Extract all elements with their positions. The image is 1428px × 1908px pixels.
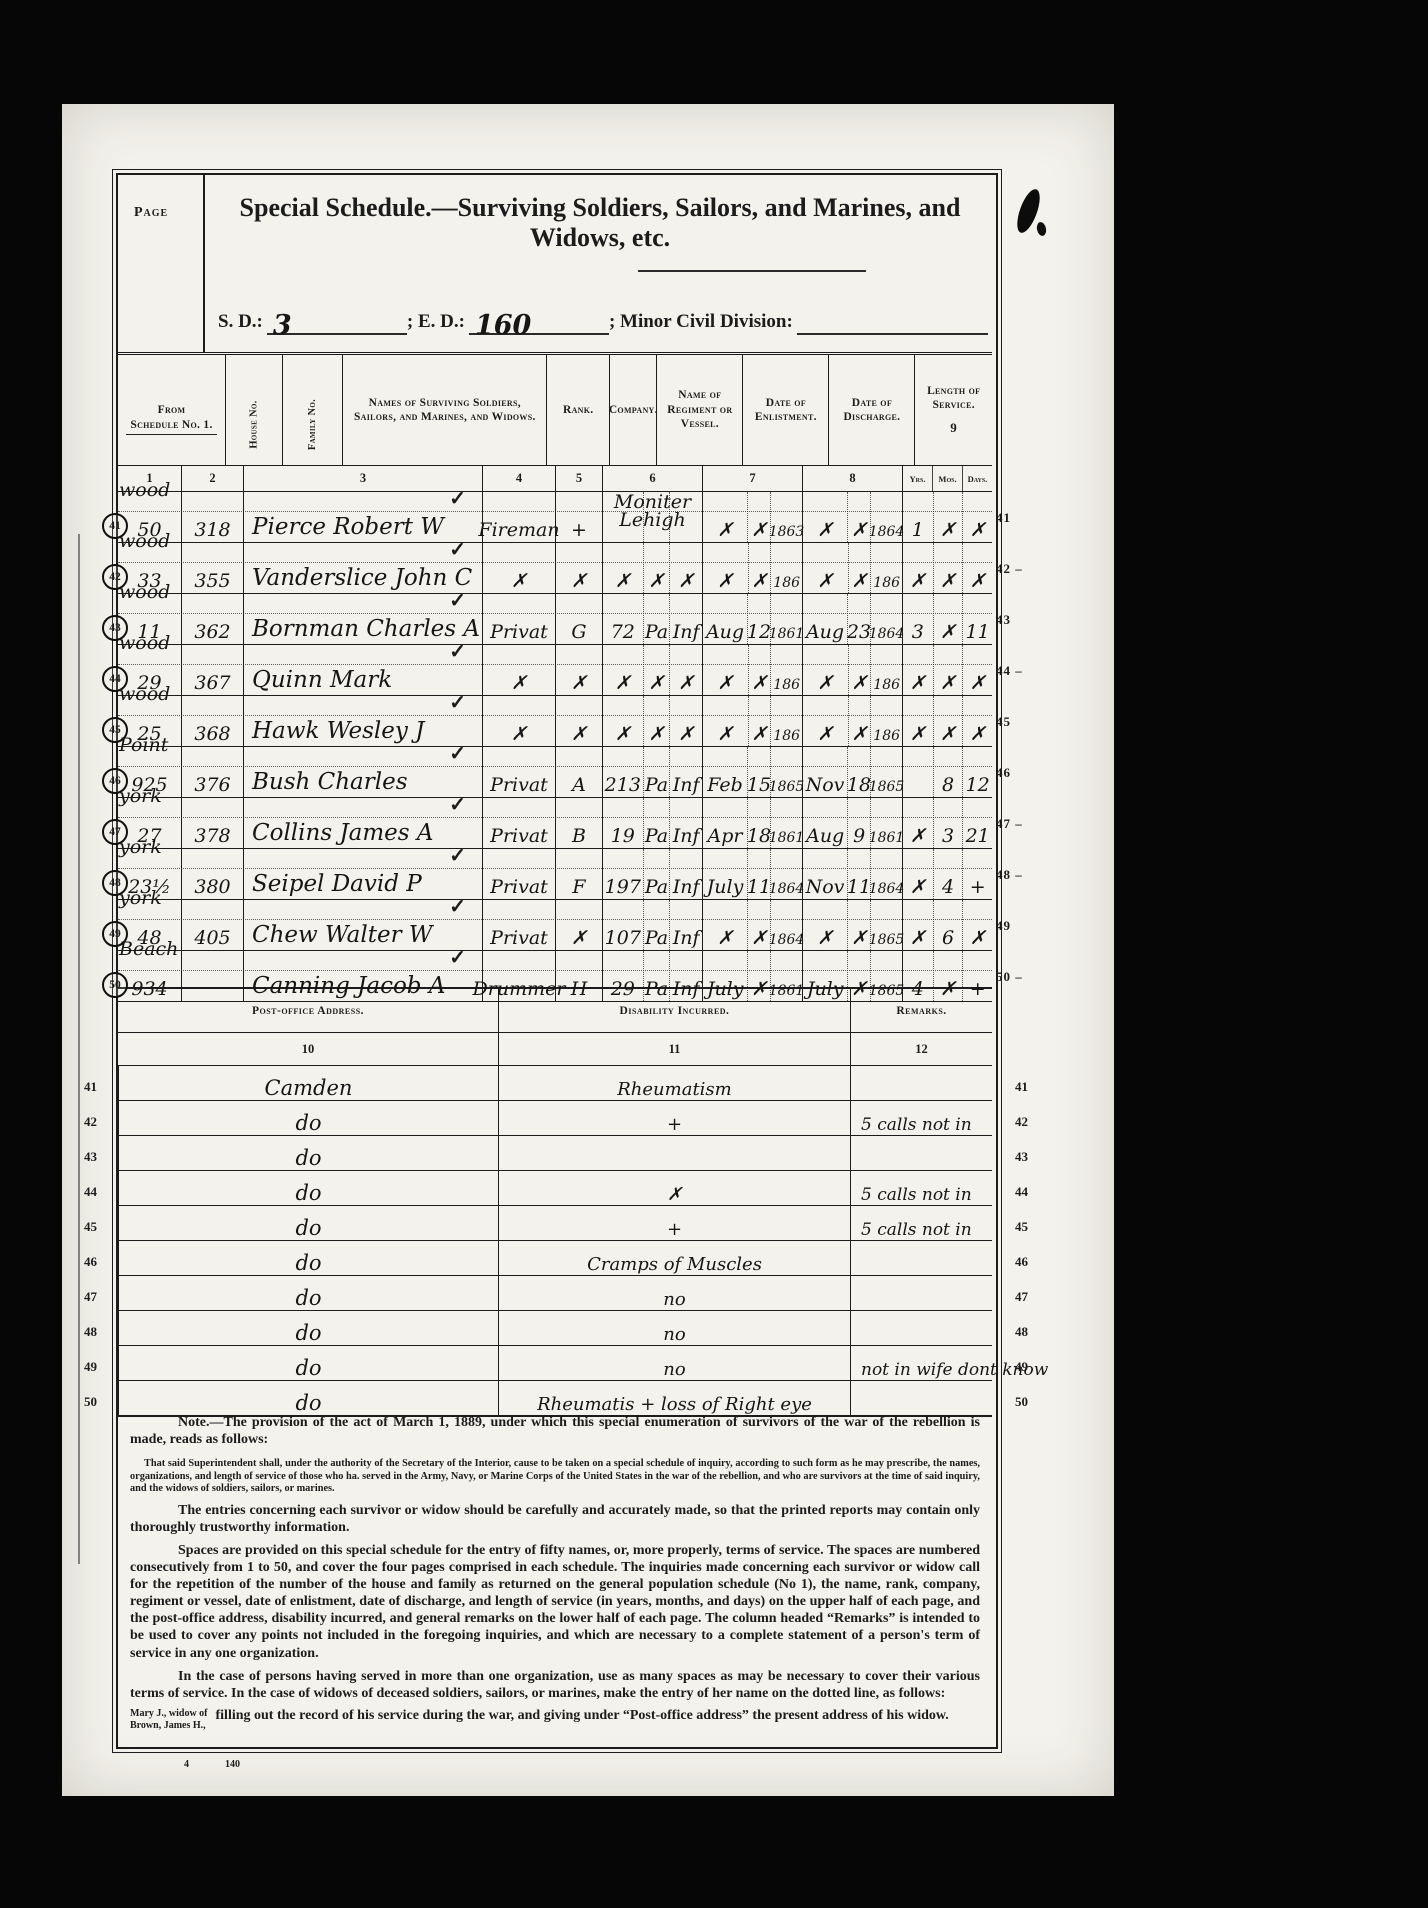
service-years: ✗ (910, 929, 926, 947)
lower-table-row: 49 do no not in wife dont know 49 (118, 1346, 992, 1381)
family-number-cell: 405 (181, 900, 243, 950)
enlistment-date-cell: Apr 18 1861 (702, 798, 802, 848)
family-number: 405 (194, 929, 230, 947)
discharge-day: ✗ (851, 674, 867, 692)
discharge-year: 1865 (869, 934, 905, 947)
service-months: 8 (942, 776, 954, 794)
row-number-right: 43 (1015, 1149, 1028, 1165)
disability-cell: + (498, 1101, 850, 1135)
name-cell: Vanderslice John C ✓ (243, 543, 482, 593)
service-length-cell: ✗ 4 + (902, 849, 992, 899)
col-number-3: 3 (243, 466, 482, 491)
page-title: Special Schedule.—Surviving Soldiers, Sa… (210, 193, 990, 253)
discharge-year: 1864 (869, 628, 905, 641)
row-number-right: 44 (1015, 1184, 1028, 1200)
row-number-right: 49 (1015, 1359, 1028, 1375)
discharge-date-cell: July ✗ 1865 (802, 951, 902, 1001)
schedule-form: Page Special Schedule.—Surviving Soldier… (116, 173, 998, 1749)
rank-value: Privat (490, 878, 548, 896)
discharge-date-cell: Nov 11 1864 (802, 849, 902, 899)
name-cell: Bush Charles ✓ (243, 747, 482, 797)
regiment-number: 107 (605, 929, 641, 947)
regiment-branch: Inf (673, 623, 700, 641)
veteran-name: Collins James A (252, 823, 434, 845)
family-number-cell: 318 (181, 492, 243, 542)
col-header-discharge: Date of Discharge. (828, 355, 914, 465)
footer-mark-left: 4 (184, 1759, 189, 1770)
example-line-2: Brown, James H., (130, 1720, 206, 1731)
enlistment-date-cell: ✗ ✗ 1863 (702, 492, 802, 542)
enlistment-year: 186 (773, 577, 800, 590)
row-number-circled: 46 (102, 768, 128, 794)
sd-value-slot: 3 (267, 309, 407, 335)
discharge-year: 1865 (869, 781, 905, 794)
address-cell: do (118, 1206, 498, 1240)
disability-cell: no (498, 1276, 850, 1310)
rank-cell: ✗ (482, 696, 555, 746)
address-value: do (295, 1114, 321, 1133)
row-number-right: 45 (1015, 1219, 1028, 1235)
row-number-circled: 48 (102, 870, 128, 896)
col-header-rank: Rank. (546, 355, 609, 465)
address-value: do (295, 1149, 321, 1168)
enlistment-date-cell: Feb 15 1865 (702, 747, 802, 797)
veteran-rows: wood 41 50 318 Pierce Robert W ✓ Fireman… (118, 492, 992, 1002)
address-value: do (295, 1254, 321, 1273)
regiment-state: Pa (645, 980, 668, 998)
rank-cell: Privat (482, 900, 555, 950)
rank-cell: Fireman (482, 492, 555, 542)
enlistment-date-cell: July 11 1864 (702, 849, 802, 899)
rank-cell: ✗ (482, 645, 555, 695)
family-number: 376 (194, 776, 230, 794)
service-length-cell: 4 ✗ + (902, 951, 992, 1001)
enlistment-year: 1865 (769, 781, 805, 794)
service-years: 4 (912, 980, 924, 998)
regiment-cell: 197 Pa Inf (602, 849, 702, 899)
regiment-cell: ✗ ✗ ✗ (602, 543, 702, 593)
rank-value: Privat (490, 929, 548, 947)
address-value: do (295, 1219, 321, 1238)
rank-cell: Privat (482, 594, 555, 644)
ink-blot-small (1036, 221, 1048, 237)
lower-table-row: 41 Camden Rheumatism 41 (118, 1066, 992, 1101)
discharge-day: 11 (847, 878, 871, 896)
discharge-date-cell: ✗ ✗ 1865 (802, 900, 902, 950)
address-value: Camden (265, 1079, 353, 1098)
service-years: 3 (912, 623, 924, 641)
street-annotation: wood (119, 634, 170, 652)
note-paragraph-1: Note.—The provision of the act of March … (130, 1414, 980, 1448)
discharge-year: 1861 (869, 832, 905, 845)
regiment-number: 19 (611, 827, 635, 845)
disability-value: no (663, 1292, 685, 1308)
discharge-date-cell: ✗ ✗ 186 (802, 645, 902, 695)
lower-table-row: 43 do 43 (118, 1136, 992, 1171)
company-value: ✗ (571, 674, 587, 692)
ed-value: 160 (475, 314, 531, 338)
regiment-branch: ✗ (678, 674, 694, 692)
regiment-number: 213 (605, 776, 641, 794)
check-mark: ✓ (449, 537, 466, 562)
district-line: S. D.: 3 ; E. D.: 160 ; Minor Civil Divi… (218, 283, 988, 335)
family-number-cell: 368 (181, 696, 243, 746)
row-number-circled: 42 (102, 564, 128, 590)
company-cell: A (555, 747, 602, 797)
name-cell: Seipel David P ✓ (243, 849, 482, 899)
regiment-state: ✗ (649, 725, 665, 743)
remarks-value: 5 calls not in (861, 1188, 972, 1203)
enlistment-month: ✗ (717, 674, 733, 692)
discharge-day: ✗ (851, 929, 867, 947)
family-number: 380 (194, 878, 230, 896)
disability-value: Rheumatism (617, 1082, 732, 1098)
row-number-right: 45 (996, 714, 1032, 730)
instructions-note: Note.—The provision of the act of March … (118, 1402, 992, 1747)
discharge-year: 1864 (869, 526, 905, 539)
service-days: 12 (966, 776, 990, 794)
service-days: ✗ (970, 521, 986, 539)
lower-table-row: 48 do no 48 (118, 1311, 992, 1346)
rank-cell: Privat (482, 747, 555, 797)
check-mark: ✓ (449, 741, 466, 766)
example-line-1: Mary J., widow of (130, 1708, 208, 1719)
company-value: H (571, 980, 588, 998)
remarks-cell: not in wife dont know (850, 1346, 992, 1380)
row-number-left: 45 (84, 1219, 97, 1235)
family-number: 362 (194, 623, 230, 641)
mcd-label: ; Minor Civil Division: (609, 311, 797, 335)
row-number-right: 47 – (996, 816, 1032, 832)
regiment-branch: Inf (673, 929, 700, 947)
enlistment-month: Feb (707, 776, 743, 794)
row-number-right: 41 (1015, 1079, 1028, 1095)
check-mark: ✓ (449, 690, 466, 715)
street-annotation: york (119, 889, 162, 907)
row-number-right: 41 (996, 510, 1032, 526)
col-header-family: Family No. (282, 355, 342, 465)
discharge-year: 1864 (869, 883, 905, 896)
film-edge-artifact (78, 534, 80, 1564)
days-header: Days. (962, 466, 992, 491)
table-header-row: From Schedule No. 1. House No. Family No… (118, 355, 992, 466)
enlistment-year: 1861 (769, 628, 805, 641)
discharge-month: ✗ (817, 674, 833, 692)
regiment-cell: 107 Pa Inf (602, 900, 702, 950)
document-page: Page Special Schedule.—Surviving Soldier… (62, 104, 1114, 1796)
discharge-year: 1865 (869, 985, 905, 998)
row-number-circled: 50 (102, 972, 128, 998)
row-number-right: 50 – (996, 969, 1032, 985)
company-cell: F (555, 849, 602, 899)
remarks-cell: 5 calls not in (850, 1171, 992, 1205)
discharge-day: ✗ (851, 725, 867, 743)
table-row: york 47 27 378 Collins James A ✓ Privat … (118, 798, 992, 849)
check-mark: ✓ (449, 894, 466, 919)
discharge-year: 186 (873, 679, 900, 692)
col-header-company: Company. (609, 355, 656, 465)
discharge-date-cell: ✗ ✗ 1864 (802, 492, 902, 542)
col-number-6: 6 (602, 466, 702, 491)
check-mark: ✓ (449, 843, 466, 868)
street-annotation: wood (119, 685, 170, 703)
disability-value: ✗ (667, 1187, 682, 1203)
page-number-cell: Page (118, 175, 205, 352)
col-number-7: 7 (702, 466, 802, 491)
address-cell: do (118, 1311, 498, 1345)
row-number-right: 42 – (996, 561, 1032, 577)
address-value: do (295, 1289, 321, 1308)
enlistment-year: 1861 (769, 832, 805, 845)
service-months: 6 (942, 929, 954, 947)
company-value: B (572, 827, 586, 845)
note-paragraph-2: That said Superintendent shall, under th… (130, 1458, 980, 1494)
regiment-number: ✗ (615, 674, 631, 692)
address-cell: do (118, 1276, 498, 1310)
service-years: ✗ (910, 674, 926, 692)
discharge-day: 18 (847, 776, 871, 794)
company-cell: ✗ (555, 696, 602, 746)
check-mark: ✓ (449, 945, 466, 970)
family-number-cell: 362 (181, 594, 243, 644)
row-number-circled: 43 (102, 615, 128, 641)
row-number-right: 46 (1015, 1254, 1028, 1270)
veteran-name: Vanderslice John C (252, 568, 472, 590)
enlistment-month: ✗ (717, 725, 733, 743)
enlistment-date-cell: ✗ ✗ 186 (702, 543, 802, 593)
table-row: wood 45 25 368 Hawk Wesley J ✓ ✗ ✗ ✗ ✗ ✗ (118, 696, 992, 747)
discharge-month: ✗ (817, 572, 833, 590)
address-cell: do (118, 1241, 498, 1275)
disability-value: Cramps of Muscles (587, 1257, 762, 1273)
family-number: 368 (194, 725, 230, 743)
ed-value-slot: 160 (469, 309, 609, 335)
disability-cell: no (498, 1311, 850, 1345)
regiment-branch: ✗ (678, 725, 694, 743)
service-days: + (970, 878, 986, 896)
family-number: 355 (194, 572, 230, 590)
rank-cell: Drummer (482, 951, 555, 1001)
discharge-day: ✗ (851, 980, 867, 998)
disability-cell (498, 1136, 850, 1170)
company-cell: ✗ (555, 543, 602, 593)
service-months: ✗ (940, 980, 956, 998)
enlistment-month: ✗ (717, 929, 733, 947)
row-number-right: 48 – (996, 867, 1032, 883)
discharge-month: ✗ (817, 521, 833, 539)
check-mark: ✓ (449, 639, 466, 664)
company-value: + (571, 521, 587, 539)
rank-value: Fireman (478, 521, 559, 539)
discharge-date-cell: Aug 9 1861 (802, 798, 902, 848)
enlistment-day: ✗ (751, 980, 767, 998)
table-row: york 49 48 405 Chew Walter W ✓ Privat ✗ … (118, 900, 992, 951)
service-months: 3 (942, 827, 954, 845)
service-days: 11 (966, 623, 990, 641)
discharge-month: Nov (806, 776, 845, 794)
address-value: do (295, 1184, 321, 1203)
disability-cell: ✗ (498, 1171, 850, 1205)
remarks-value: 5 calls not in (861, 1118, 972, 1133)
discharge-day: 23 (847, 623, 871, 641)
row-number-circled: 49 (102, 921, 128, 947)
row-number-left: 50 (84, 1394, 97, 1410)
enlistment-date-cell: July ✗ 1861 (702, 951, 802, 1001)
service-length-cell: ✗ 6 ✗ (902, 900, 992, 950)
discharge-month: Aug (806, 623, 844, 641)
enlistment-day: 11 (747, 878, 771, 896)
remarks-cell (850, 1136, 992, 1170)
col-number-11: 11 (498, 1033, 850, 1065)
rank-value: ✗ (511, 572, 527, 590)
family-number-cell: 380 (181, 849, 243, 899)
enlistment-year: 186 (773, 679, 800, 692)
regiment-cell: 72 Pa Inf (602, 594, 702, 644)
regiment-state: Pa (645, 623, 668, 641)
family-number: 378 (194, 827, 230, 845)
veteran-name: Canning Jacob A (252, 976, 445, 998)
disability-cell: Cramps of Muscles (498, 1241, 850, 1275)
disability-cell: + (498, 1206, 850, 1240)
col-number-8: 8 (802, 466, 902, 491)
service-months: 4 (942, 878, 954, 896)
row-number-right: 47 (1015, 1289, 1028, 1305)
veteran-name: Pierce Robert W (252, 517, 444, 539)
company-value: ✗ (571, 929, 587, 947)
row-number-right: 44 – (996, 663, 1032, 679)
company-cell: G (555, 594, 602, 644)
regiment-branch: Inf (673, 980, 700, 998)
service-length-cell: ✗ ✗ ✗ (902, 543, 992, 593)
address-cell: do (118, 1171, 498, 1205)
lower-table-row: 42 do + 5 calls not in 42 (118, 1101, 992, 1136)
service-years: ✗ (910, 827, 926, 845)
enlistment-month: Aug (706, 623, 744, 641)
enlistment-date-cell: ✗ ✗ 186 (702, 696, 802, 746)
family-number: 318 (194, 521, 230, 539)
regiment-cell: 29 Pa Inf (602, 951, 702, 1001)
veterans-table: From Schedule No. 1. House No. Family No… (118, 352, 992, 1002)
note-paragraph-4: Spaces are provided on this special sche… (130, 1542, 980, 1662)
regiment-number: 197 (605, 878, 641, 896)
yrs-mos-days-strip: Yrs. Mos. Days. (902, 466, 992, 491)
name-cell: Chew Walter W ✓ (243, 900, 482, 950)
enlistment-month: July (707, 878, 744, 896)
col-number-5: 5 (555, 466, 602, 491)
rank-value: Privat (490, 776, 548, 794)
note-paragraph-3: The entries concerning each survivor or … (130, 1502, 980, 1536)
regiment-state: ✗ (649, 674, 665, 692)
row-number-right: 48 (1015, 1324, 1028, 1340)
street-annotation: Point (119, 736, 168, 754)
row-number-right: 43 (996, 612, 1032, 628)
discharge-day: ✗ (851, 521, 867, 539)
regiment-cell: ✗ ✗ ✗ (602, 645, 702, 695)
service-days: 21 (966, 827, 990, 845)
col-header-service: Length of Service. 9 (914, 355, 992, 465)
street-annotation: wood (119, 481, 170, 499)
address-cell: Camden (118, 1066, 498, 1100)
remarks-cell (850, 1241, 992, 1275)
veteran-name: Hawk Wesley J (252, 721, 424, 743)
rank-value: Privat (490, 827, 548, 845)
address-cell: do (118, 1346, 498, 1380)
enlistment-date-cell: ✗ ✗ 1864 (702, 900, 802, 950)
family-number-cell: 367 (181, 645, 243, 695)
discharge-month: July (807, 980, 844, 998)
enlistment-day: 12 (747, 623, 771, 641)
enlistment-month: Apr (708, 827, 743, 845)
veteran-name: Quinn Mark (252, 670, 392, 692)
address-cell: do (118, 1101, 498, 1135)
house-number: 934 (131, 980, 167, 998)
lower-table-row: 47 do no 47 (118, 1276, 992, 1311)
service-length-cell: 8 12 (902, 747, 992, 797)
form-header: Page Special Schedule.—Surviving Soldier… (118, 175, 996, 352)
veteran-name: Seipel David P (252, 874, 422, 896)
sd-value: 3 (273, 314, 292, 338)
name-cell: Bornman Charles A ✓ (243, 594, 482, 644)
discharge-day: ✗ (851, 572, 867, 590)
company-cell: ✗ (555, 645, 602, 695)
rank-cell: ✗ (482, 543, 555, 593)
discharge-month: ✗ (817, 929, 833, 947)
company-value: A (572, 776, 586, 794)
regiment-cell: 213 Pa Inf (602, 747, 702, 797)
rank-cell: Privat (482, 849, 555, 899)
company-cell: + (555, 492, 602, 542)
column-number-row: 1 2 3 4 5 6 7 8 Yrs. Mos. Days. (118, 466, 992, 492)
rank-value: ✗ (511, 674, 527, 692)
col-header-regiment: Name of Regiment or Vessel. (656, 355, 742, 465)
col-number-9: 9 (950, 420, 957, 436)
service-months: ✗ (940, 572, 956, 590)
widow-entry-example: Mary J., widow of Brown, James H., filli… (130, 1708, 980, 1733)
enlistment-year: 1861 (769, 985, 805, 998)
family-number: 367 (194, 674, 230, 692)
mos-header: Mos. (932, 466, 962, 491)
page-label: Page (134, 205, 168, 221)
vessel-name: Moniter Lehigh (603, 493, 702, 529)
discharge-day: 9 (853, 827, 865, 845)
address-value: do (295, 1324, 321, 1343)
company-cell: ✗ (555, 900, 602, 950)
row-number-left: 42 (84, 1114, 97, 1130)
disability-cell: no (498, 1346, 850, 1380)
row-number-circled: 44 (102, 666, 128, 692)
regiment-cell: Moniter Lehigh (602, 492, 702, 542)
regiment-number: ✗ (615, 725, 631, 743)
regiment-number: 29 (611, 980, 635, 998)
regiment-state: ✗ (649, 572, 665, 590)
street-annotation: york (119, 838, 162, 856)
enlistment-date-cell: ✗ ✗ 186 (702, 645, 802, 695)
col-number-4: 4 (482, 466, 555, 491)
service-days: ✗ (970, 725, 986, 743)
regiment-branch: Inf (673, 878, 700, 896)
company-value: F (572, 878, 585, 896)
col-number-12: 12 (850, 1033, 992, 1065)
row-number-circled: 45 (102, 717, 128, 743)
regiment-number: 72 (611, 623, 635, 641)
veteran-name: Bornman Charles A (252, 619, 480, 641)
service-days: ✗ (970, 929, 986, 947)
enlistment-day: ✗ (751, 572, 767, 590)
from-schedule-header: From Schedule No. 1. (118, 364, 225, 474)
service-days: + (970, 980, 986, 998)
enlistment-year: 1864 (769, 934, 805, 947)
footer-mark-right: 140 (225, 1759, 240, 1770)
